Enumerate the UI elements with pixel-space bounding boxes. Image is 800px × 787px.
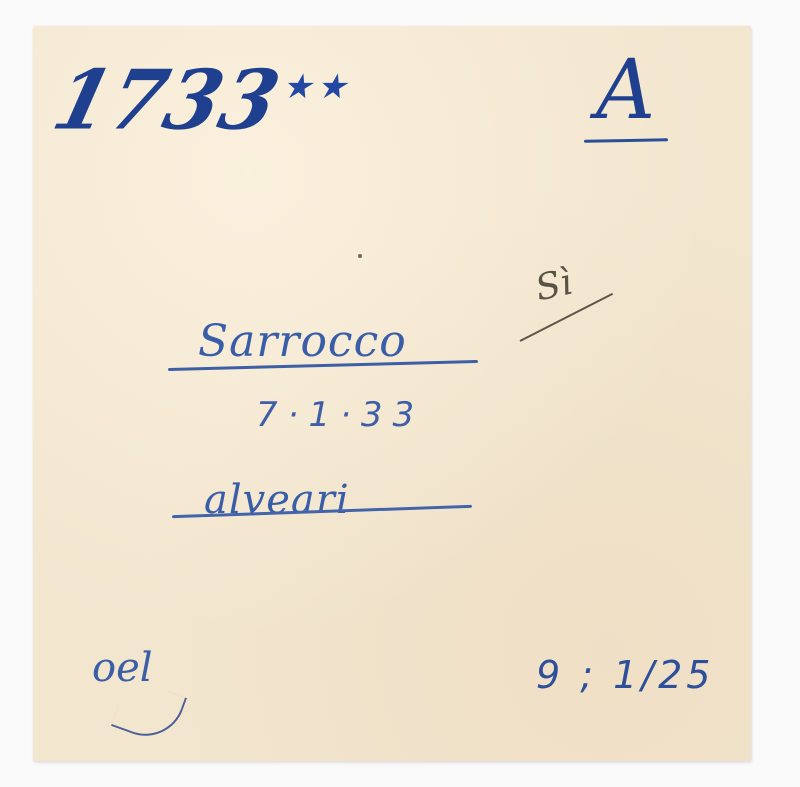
locality-text: Sarrocco	[198, 320, 407, 364]
pencil-annotation: Sì	[533, 265, 576, 308]
series-letter: A	[596, 50, 655, 132]
collection-date: 7·1·33	[256, 398, 424, 432]
magnification-note: 9 ; 1/25	[536, 656, 714, 694]
photo-background: 1733 ★★ A Sì Sarrocco 7·1·33 alveari oel…	[0, 0, 800, 787]
catalog-number: 1733	[46, 60, 288, 142]
paper-speck	[358, 254, 362, 258]
star-icons: ★★	[282, 70, 351, 104]
